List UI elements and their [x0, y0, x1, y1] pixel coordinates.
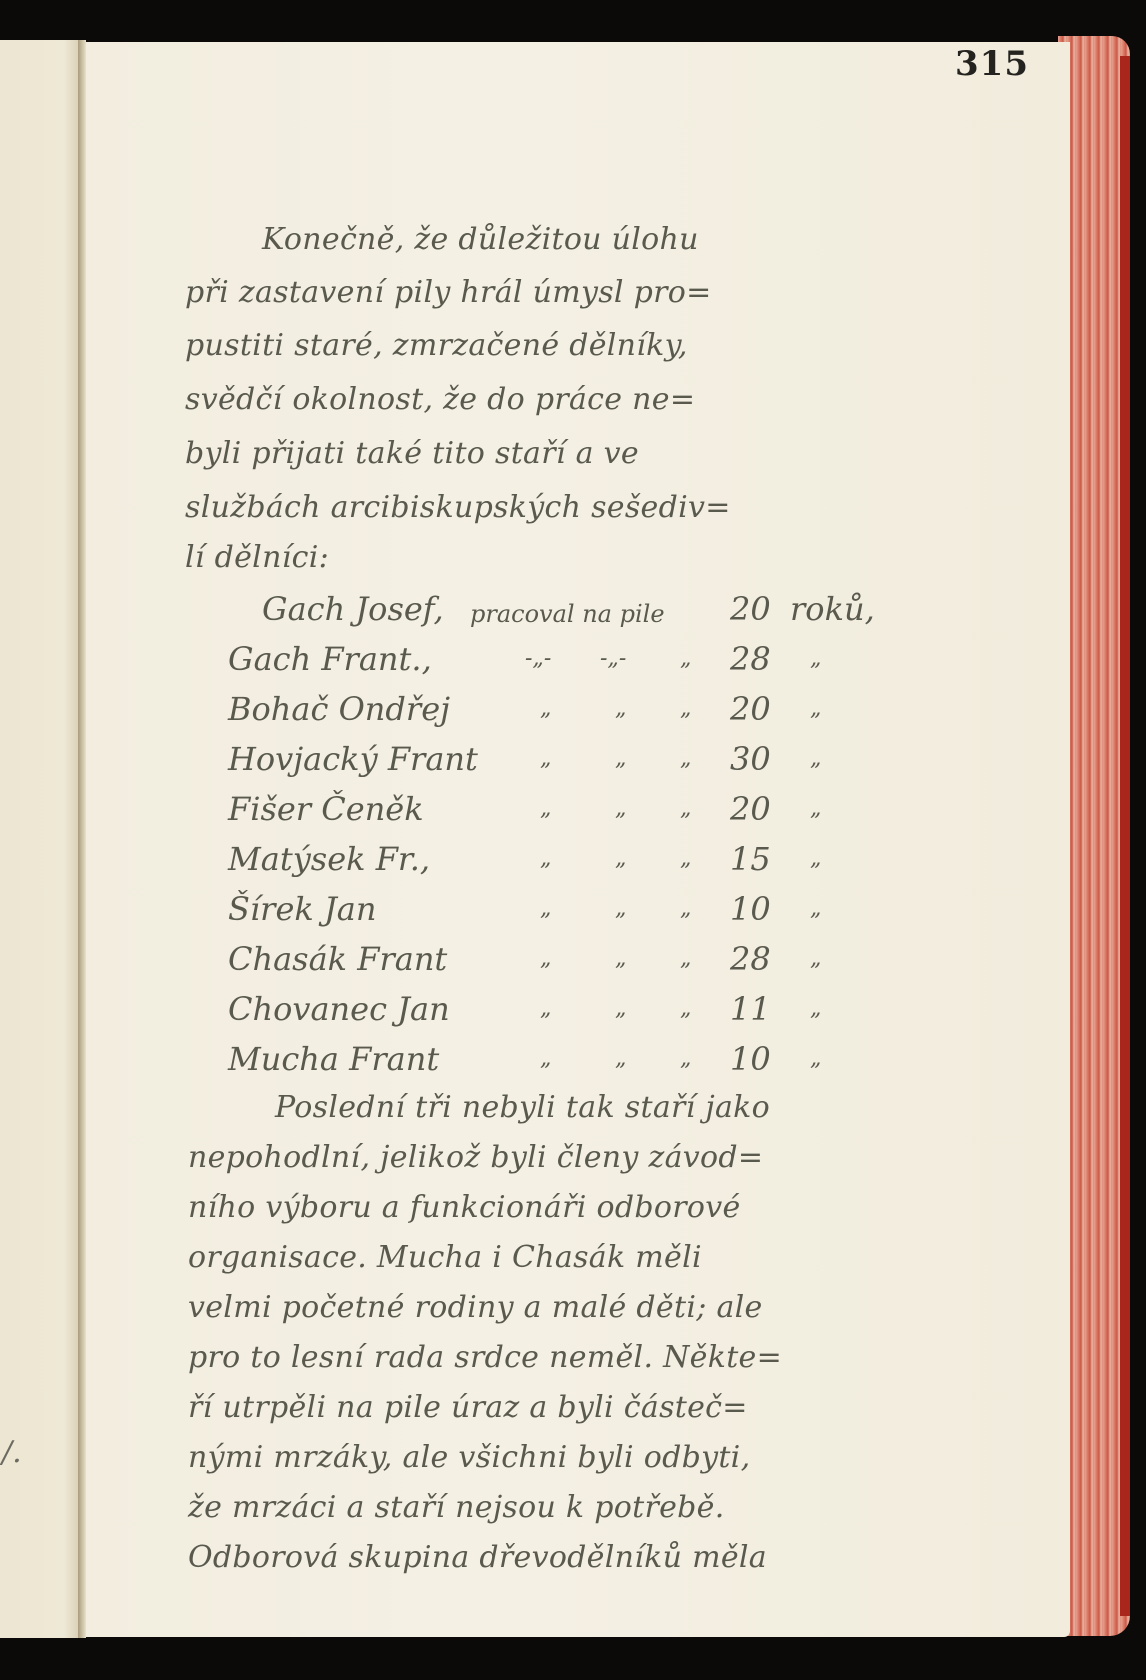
- ditto-mark: „: [680, 696, 691, 721]
- ditto-mark: -„-: [600, 646, 626, 671]
- ditto-mark: „: [810, 996, 821, 1021]
- list-item: Mucha Frant „ „ „ 10 „: [0, 1040, 1146, 1080]
- ditto-mark: „: [680, 996, 691, 1021]
- text-line: velmi početné rodiny a malé děti; ale: [188, 1290, 763, 1325]
- text-line: při zastavení pily hrál úmysl pro=: [185, 275, 712, 310]
- worker-name: Chovanec Jan: [228, 990, 450, 1028]
- worker-name: Bohač Ondřej: [228, 690, 450, 728]
- text-line: nými mrzáky, ale všichni byli odbyti,: [188, 1440, 750, 1475]
- ditto-mark: „: [680, 946, 691, 971]
- list-item: Gach Josef, pracoval na pile 20 roků,: [0, 590, 1146, 630]
- worker-years: 10: [730, 890, 771, 928]
- text-line: pro to lesní rada srdce neměl. Někte=: [188, 1340, 782, 1375]
- worker-years: 11: [730, 990, 771, 1028]
- worker-name: Gach Frant.,: [228, 640, 432, 678]
- text-line: nepohodlní, jelikož byli členy závod=: [188, 1140, 763, 1175]
- left-page-margin-mark: /.: [2, 1435, 22, 1470]
- list-item: Chasák Frant „ „ „ 28 „: [0, 940, 1146, 980]
- ditto-mark: „: [615, 796, 626, 821]
- ditto-mark: „: [680, 846, 691, 871]
- ditto-mark: „: [615, 1046, 626, 1071]
- ditto-mark: „: [810, 646, 821, 671]
- worker-years: 28: [730, 640, 771, 678]
- ditto-mark: „: [540, 1046, 551, 1071]
- worker-years: 28: [730, 940, 771, 978]
- list-item: Gach Frant., -„- -„- „ 28 „: [0, 640, 1146, 680]
- text-line: že mrzáci a staří nejsou k potřebě.: [188, 1490, 725, 1525]
- book-gutter: [78, 40, 86, 1638]
- worker-name: Hovjacký Frant: [228, 740, 478, 778]
- text-line: lí dělníci:: [185, 540, 329, 575]
- list-item: Chovanec Jan „ „ „ 11 „: [0, 990, 1146, 1030]
- list-item: Matýsek Fr., „ „ „ 15 „: [0, 840, 1146, 880]
- ditto-mark: „: [810, 696, 821, 721]
- page-number: 315: [955, 44, 1029, 84]
- ditto-mark: „: [810, 946, 821, 971]
- ditto-mark: „: [810, 1046, 821, 1071]
- ditto-mark: „: [615, 746, 626, 771]
- ditto-mark: „: [540, 846, 551, 871]
- ditto-mark: „: [540, 796, 551, 821]
- ditto-mark: „: [810, 846, 821, 871]
- list-item: Fišer Čeněk „ „ „ 20 „: [0, 790, 1146, 830]
- text-line: službách arcibiskupských sešediv=: [185, 490, 731, 525]
- ditto-mark: „: [540, 696, 551, 721]
- worker-name: Chasák Frant: [228, 940, 447, 978]
- text-line: ří utrpěli na pile úraz a byli částeč=: [188, 1390, 748, 1425]
- text-line: byli přijati také tito staří a ve: [185, 436, 639, 471]
- text-line: organisace. Mucha i Chasák měli: [188, 1240, 702, 1275]
- ditto-mark: „: [680, 1046, 691, 1071]
- ditto-mark: „: [540, 996, 551, 1021]
- ditto-mark: „: [810, 746, 821, 771]
- ditto-mark: „: [810, 796, 821, 821]
- worker-name: Šírek Jan: [228, 890, 376, 928]
- worker-name: Mucha Frant: [228, 1040, 439, 1078]
- worker-unit: roků,: [790, 590, 875, 628]
- text-line: Odborová skupina dřevodělníků měla: [188, 1540, 767, 1575]
- ditto-mark: „: [540, 896, 551, 921]
- ditto-mark: „: [680, 746, 691, 771]
- worker-name: Gach Josef,: [262, 590, 444, 628]
- text-line: svědčí okolnost, že do práce ne=: [185, 382, 695, 417]
- text-line: Poslední tři nebyli tak staří jako: [275, 1090, 770, 1125]
- text-line: ního výboru a funkcionáři odborové: [188, 1190, 741, 1225]
- ditto-mark: „: [680, 796, 691, 821]
- ditto-mark: -„-: [525, 646, 551, 671]
- ditto-mark: „: [680, 646, 691, 671]
- ditto-mark: „: [615, 896, 626, 921]
- ditto-mark: „: [615, 846, 626, 871]
- worker-years: 20: [730, 790, 771, 828]
- worker-name: Fišer Čeněk: [228, 790, 424, 828]
- list-item: Bohač Ondřej „ „ „ 20 „: [0, 690, 1146, 730]
- ditto-mark: „: [615, 946, 626, 971]
- ditto-mark: „: [540, 946, 551, 971]
- worker-years: 10: [730, 1040, 771, 1078]
- worker-note: pracoval na pile: [470, 600, 665, 628]
- left-page: /.: [0, 40, 80, 1638]
- list-item: Hovjacký Frant „ „ „ 30 „: [0, 740, 1146, 780]
- ditto-mark: „: [680, 896, 691, 921]
- worker-years: 20: [730, 690, 771, 728]
- ditto-mark: „: [615, 696, 626, 721]
- text-line: Konečně, že důležitou úlohu: [262, 222, 699, 257]
- worker-years: 20: [730, 590, 771, 628]
- worker-years: 15: [730, 840, 771, 878]
- ditto-mark: „: [615, 996, 626, 1021]
- list-item: Šírek Jan „ „ „ 10 „: [0, 890, 1146, 930]
- worker-name: Matýsek Fr.,: [228, 840, 430, 878]
- text-line: pustiti staré, zmrzačené dělníky,: [185, 328, 688, 363]
- ditto-mark: „: [540, 746, 551, 771]
- ditto-mark: „: [810, 896, 821, 921]
- worker-years: 30: [730, 740, 771, 778]
